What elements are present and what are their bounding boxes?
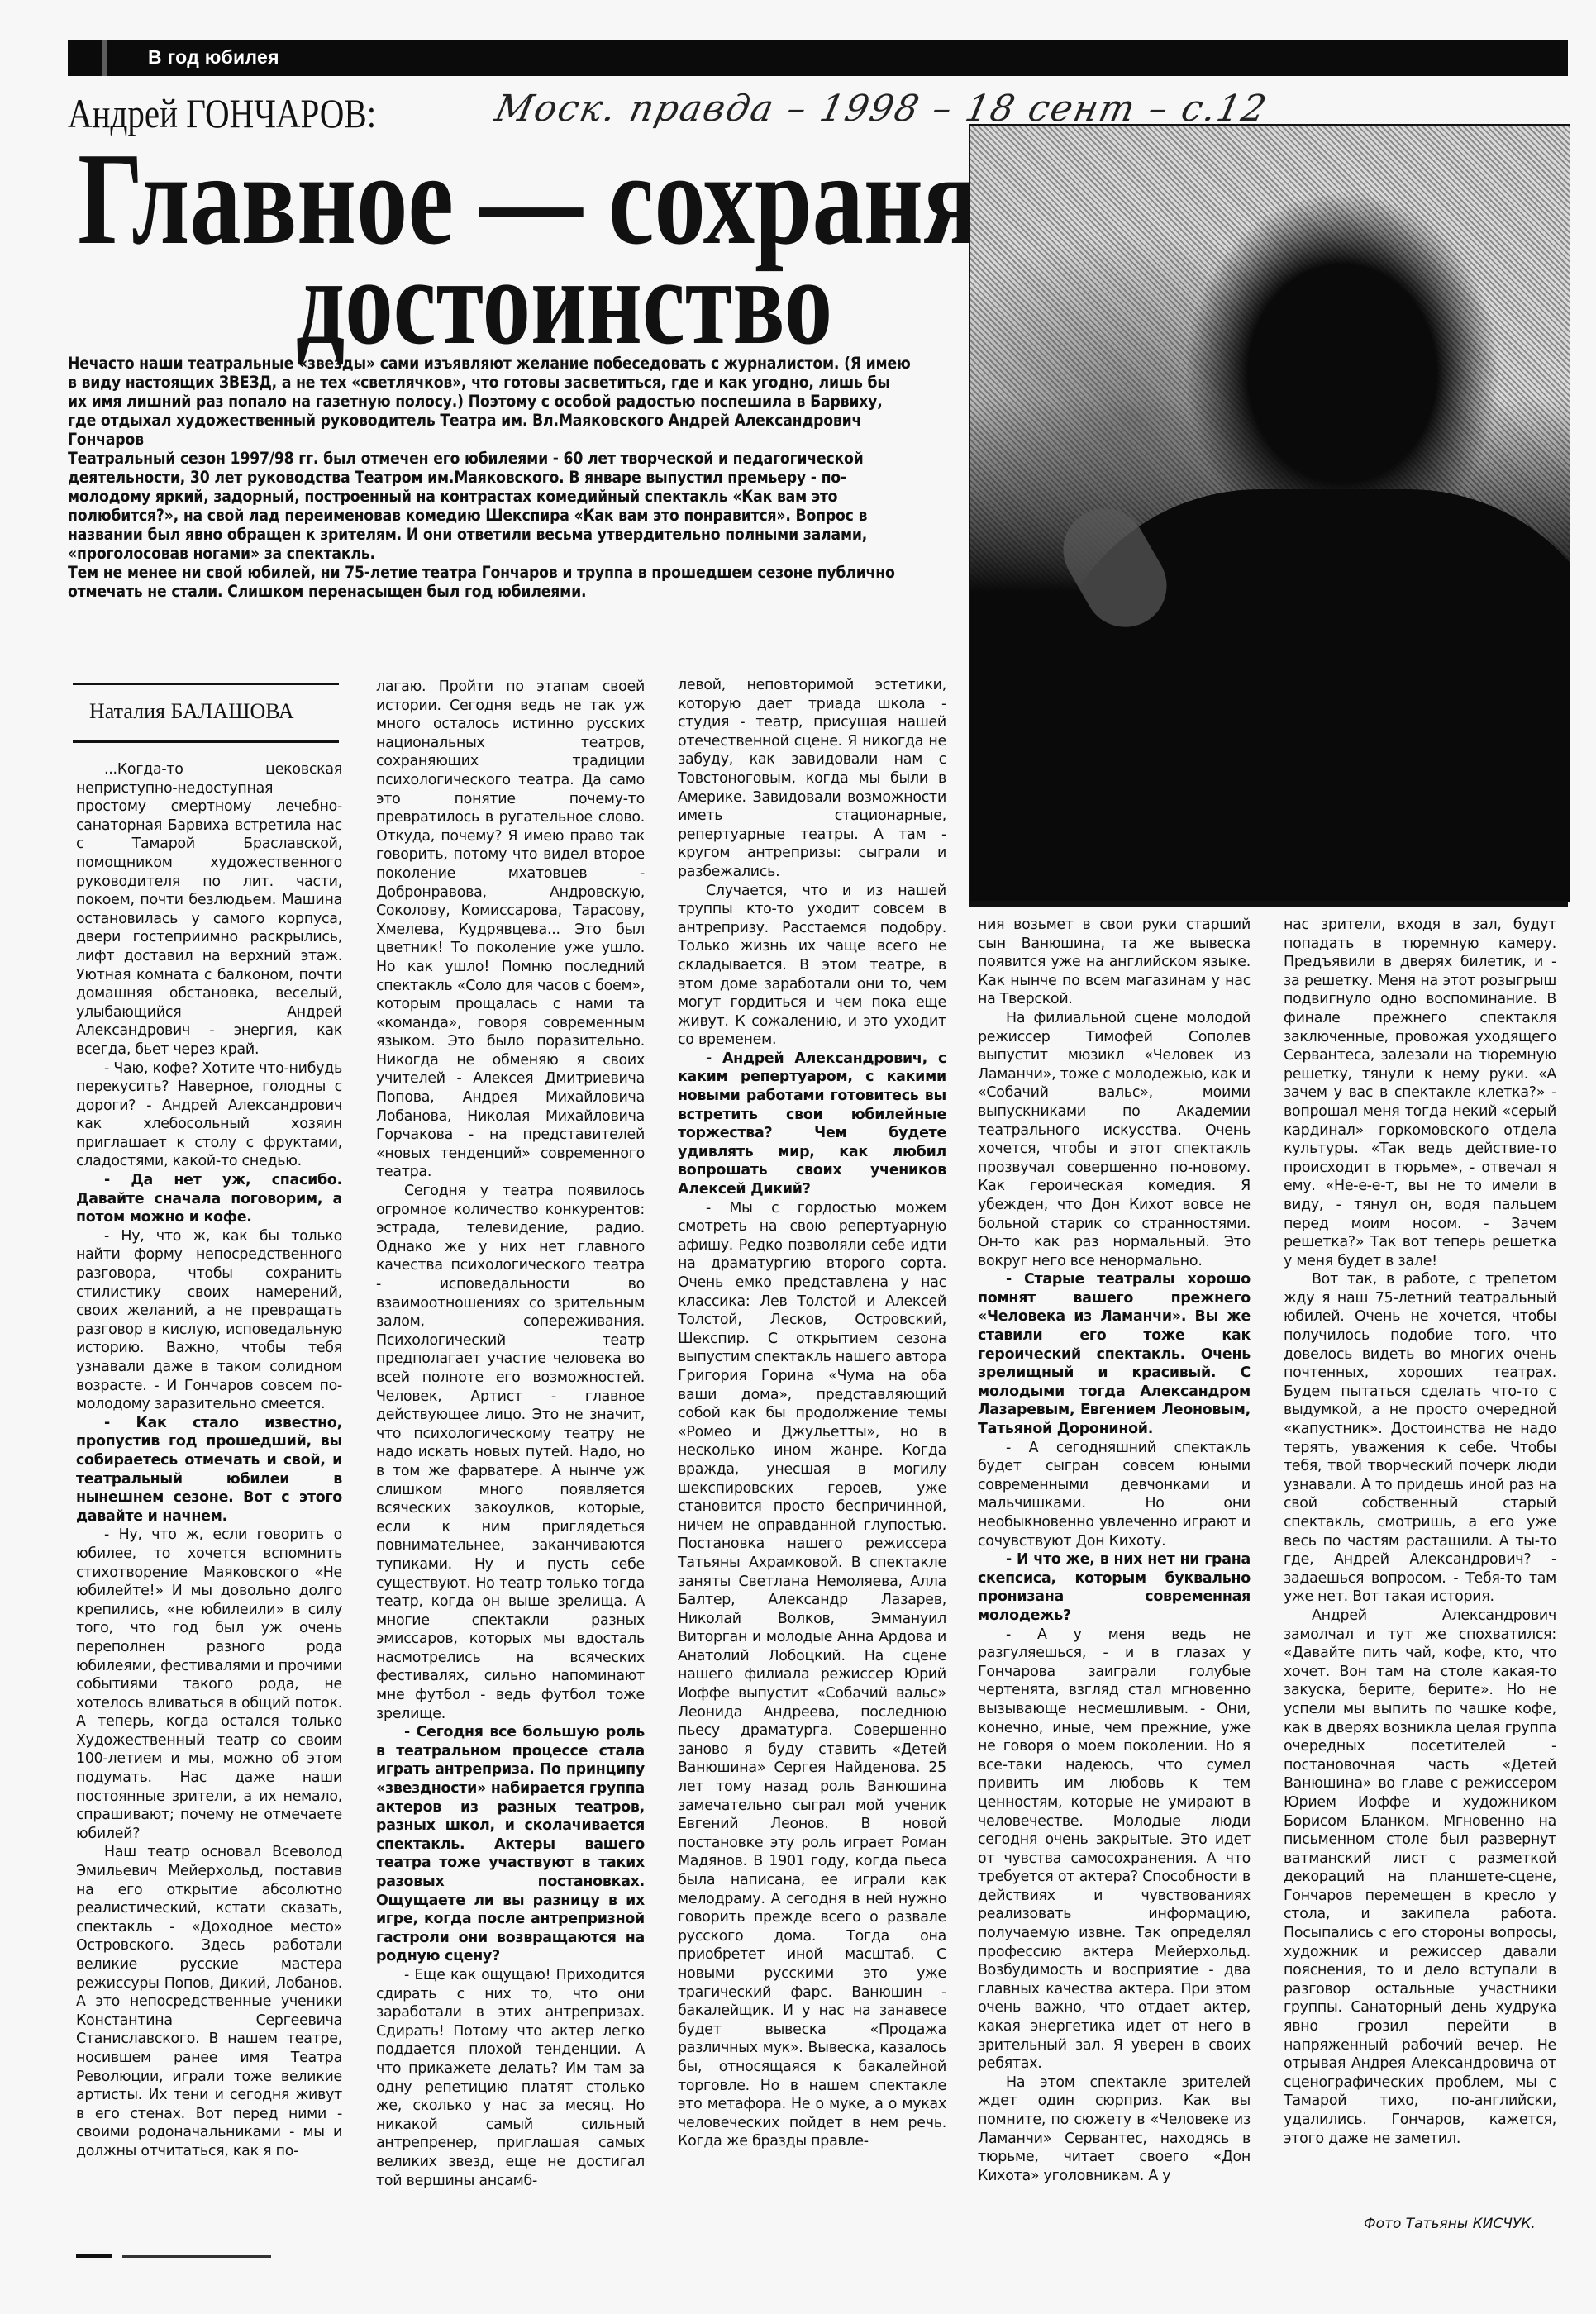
rubric-notch: [102, 40, 107, 76]
end-rule: [76, 2254, 112, 2258]
paragraph: Случается, что и из нашей труппы кто-то …: [678, 882, 946, 1050]
interviewer-question: - Андрей Александрович, с каким репертуа…: [678, 1050, 946, 1199]
photo-image: [970, 126, 1570, 902]
interviewer-question: - Как стало известно, пропустив год прош…: [76, 1414, 342, 1526]
interviewer-question: - Старые театралы хорошо помнят вашего п…: [978, 1270, 1251, 1438]
paragraph: - Ну, что ж, как бы только найти форму н…: [76, 1227, 342, 1414]
article-column-1: ...Когда-то цековская неприступно-недост…: [76, 760, 342, 2161]
byline: Наталия БАЛАШОВА: [89, 699, 294, 724]
byline-rule-bottom: [73, 740, 339, 743]
paragraph: На этом спектакле зрителей ждет один сюр…: [978, 2074, 1251, 2186]
paragraph: - Чаю, кофе? Хотите что-нибудь перекусит…: [76, 1059, 342, 1172]
paragraph-continued: лагаю. Пройти по этапам своей истории. С…: [376, 678, 645, 1182]
interviewer-question: - И что же, в них нет ни грана скепсиса,…: [978, 1550, 1251, 1625]
article-lead: Нечасто наши театральные «звезды» сами и…: [68, 354, 911, 601]
rubric-label: В год юбилея: [148, 46, 279, 69]
photo-credit: Фото Татьяны КИСЧУК.: [1364, 2216, 1536, 2232]
portrait-photo: [969, 124, 1570, 902]
paragraph: - Мы с гордостью можем смотреть на свою …: [678, 1199, 946, 2151]
paragraph-continued: ния возьмет в свои руки старший сын Ваню…: [978, 916, 1251, 1009]
end-rule: [122, 2255, 271, 2258]
article-column-4: ния возьмет в свои руки старший сын Ваню…: [978, 916, 1251, 2185]
rubric-bar: В год юбилея: [68, 40, 1568, 76]
photo-bottom-rule: [969, 901, 1568, 907]
paragraph: - А сегодняшний спектакль будет сыгран с…: [978, 1439, 1251, 1551]
paragraph: ...Когда-то цековская неприступно-недост…: [76, 760, 342, 1059]
paragraph: - Еще как ощущаю! Приходится сдирать с н…: [376, 1966, 645, 2190]
paragraph-continued: нас зрители, входя в зал, будут попадать…: [1284, 916, 1556, 1270]
paragraph: Сегодня у театра появилось огромное коли…: [376, 1182, 645, 1723]
paragraph-continued: левой, неповторимой эстетики, которую да…: [678, 676, 946, 882]
lead-paragraph: Тем не менее ни свой юбилей, ни 75-летие…: [68, 563, 911, 601]
paragraph: Вот так, в работе, с трепетом жду я наш …: [1284, 1270, 1556, 1607]
byline-rule-top: [73, 683, 339, 685]
article-column-2: лагаю. Пройти по этапам своей истории. С…: [376, 678, 645, 2190]
interviewer-question: - Да нет уж, спасибо. Давайте сначала по…: [76, 1171, 342, 1227]
interviewer-question: - Сегодня все большую роль в театральном…: [376, 1723, 645, 1966]
paragraph: - Ну, что ж, если говорить о юбилее, то …: [76, 1526, 342, 1843]
article-column-3: левой, неповторимой эстетики, которую да…: [678, 676, 946, 2151]
paragraph: - А у меня ведь не разгуляешься, - и в г…: [978, 1626, 1251, 2074]
article-column-5: нас зрители, входя в зал, будут попадать…: [1284, 916, 1556, 2148]
paragraph: Андрей Александрович замолчал и тут же с…: [1284, 1607, 1556, 2148]
paragraph: Наш театр основал Всеволод Эмильевич Мей…: [76, 1843, 342, 2160]
lead-paragraph: Театральный сезон 1997/98 гг. был отмече…: [68, 449, 911, 563]
paragraph: На филиальной сцене молодой режиссер Тим…: [978, 1009, 1251, 1270]
headline-line-2: достоинство: [296, 240, 832, 364]
lead-paragraph: Нечасто наши театральные «звезды» сами и…: [68, 354, 911, 449]
